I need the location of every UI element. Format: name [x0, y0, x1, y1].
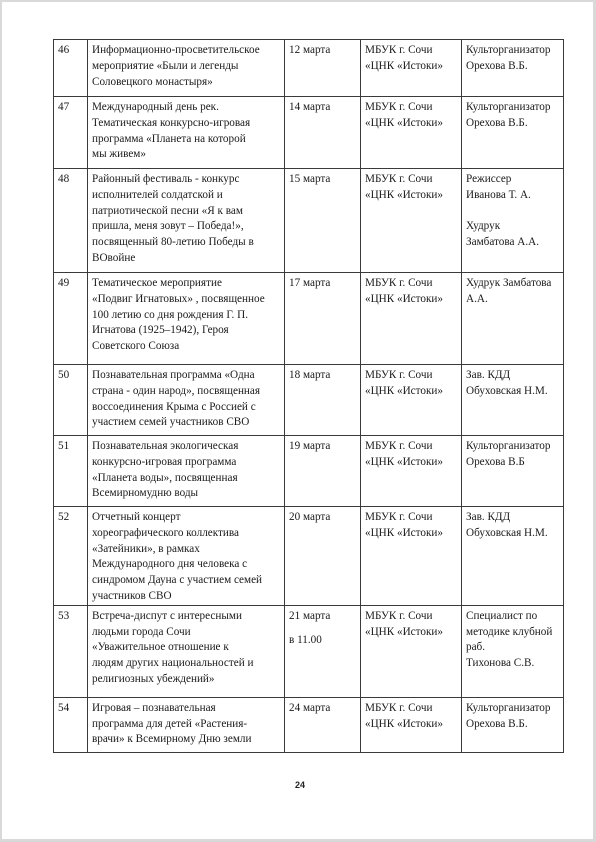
place-text-line: «ЦНК «Истоки»: [365, 526, 457, 542]
place-text-line: МБУК г. Сочи: [365, 510, 457, 526]
event-text-line: программа для детей «Растения-: [92, 717, 280, 733]
event-text-line: посвященный 80-летию Победы в: [92, 235, 280, 251]
place-text-line: МБУК г. Сочи: [365, 100, 457, 116]
responsible-cell: КульторганизаторОрехова В.Б.: [462, 697, 564, 752]
event-cell: Познавательная программа «Однастрана - о…: [88, 365, 285, 436]
responsible-text-line: Орехова В.Б.: [466, 717, 559, 733]
event-text-line: страна - один народ», посвященная: [92, 384, 280, 400]
event-text-line: программа «Планета на которой: [92, 132, 280, 148]
place-text-line: МБУК г. Сочи: [365, 276, 457, 292]
table-row: 53Встреча-диспут с интереснымилюдьми гор…: [54, 605, 564, 697]
responsible-text-line: Культорганизатор: [466, 439, 559, 455]
responsible-cell: Зав. КДДОбуховская Н.М.: [462, 507, 564, 606]
date-cell: 19 марта: [285, 436, 361, 507]
table-row: 47Международный день рек.Тематическая ко…: [54, 97, 564, 169]
place-cell: МБУК г. Сочи«ЦНК «Истоки»: [361, 365, 462, 436]
event-text-line: Тематическая конкурсно-игровая: [92, 116, 280, 132]
row-number-cell: 51: [54, 436, 88, 507]
responsible-cell: Специалист пометодике клубнойраб.Тихонов…: [462, 605, 564, 697]
row-number-cell: 48: [54, 169, 88, 273]
responsible-text-line: Зав. КДД: [466, 368, 559, 384]
event-text-line: участников СВО: [92, 589, 280, 605]
date-text-line: 12 марта: [289, 43, 356, 59]
event-text-line: Районный фестиваль - конкурс: [92, 172, 280, 188]
event-text-line: Игровая – познавательная: [92, 701, 280, 717]
event-text-line: патриотической песни «Я к вам: [92, 204, 280, 220]
place-text-line: МБУК г. Сочи: [365, 609, 457, 625]
page-number: 24: [2, 780, 596, 790]
place-cell: МБУК г. Сочи«ЦНК «Истоки»: [361, 169, 462, 273]
date-cell: 14 марта: [285, 97, 361, 169]
spacer: [289, 625, 356, 633]
responsible-cell: КульторганизаторОрехова В.Б.: [462, 40, 564, 97]
event-text-line: 100 летию со дня рождения Г. П.: [92, 308, 280, 324]
responsible-text-line: Худрук Замбатова: [466, 276, 559, 292]
event-text-line: Отчетный концерт: [92, 510, 280, 526]
table-row: 49Тематическое мероприятие«Подвиг Игнато…: [54, 273, 564, 365]
event-text-line: участием семей участников СВО: [92, 415, 280, 431]
event-text-line: Познавательная программа «Одна: [92, 368, 280, 384]
date-text-line: 14 марта: [289, 100, 356, 116]
event-text-line: «Подвиг Игнатовых» , посвященное: [92, 292, 280, 308]
date-text-line: 19 марта: [289, 439, 356, 455]
responsible-text-line: Культорганизатор: [466, 100, 559, 116]
event-cell: Информационно-просветительскоемероприяти…: [88, 40, 285, 97]
event-cell: Познавательная экологическаяконкурсно-иг…: [88, 436, 285, 507]
responsible-cell: КульторганизаторОрехова В.Б.: [462, 97, 564, 169]
table-row: 48Районный фестиваль - конкурсисполнител…: [54, 169, 564, 273]
responsible-text-line: Культорганизатор: [466, 43, 559, 59]
place-cell: МБУК г. Сочи«ЦНК «Истоки»: [361, 273, 462, 365]
table-row: 46Информационно-просветительскоемероприя…: [54, 40, 564, 97]
responsible-text-line: Орехова В.Б: [466, 455, 559, 471]
responsible-text-line: Обуховская Н.М.: [466, 526, 559, 542]
date-text-line: 17 марта: [289, 276, 356, 292]
place-cell: МБУК г. Сочи«ЦНК «Истоки»: [361, 40, 462, 97]
event-text-line: Информационно-просветительское: [92, 43, 280, 59]
event-cell: Игровая – познавательнаяпрограмма для де…: [88, 697, 285, 752]
responsible-text-line: методике клубной: [466, 625, 559, 641]
row-number-cell: 47: [54, 97, 88, 169]
place-cell: МБУК г. Сочи«ЦНК «Истоки»: [361, 97, 462, 169]
responsible-text-line: Зав. КДД: [466, 510, 559, 526]
event-text-line: Международного дня человека с: [92, 557, 280, 573]
event-text-line: ВОвойне: [92, 251, 280, 267]
table-row: 52Отчетный концертхореографического колл…: [54, 507, 564, 606]
row-number-cell: 46: [54, 40, 88, 97]
responsible-text-line: Орехова В.Б.: [466, 116, 559, 132]
event-text-line: людьми города Сочи: [92, 625, 280, 641]
responsible-text-line: А.А.: [466, 292, 559, 308]
place-cell: МБУК г. Сочи«ЦНК «Истоки»: [361, 605, 462, 697]
document-page: 46Информационно-просветительскоемероприя…: [2, 2, 593, 839]
event-text-line: Встреча-диспут с интересными: [92, 609, 280, 625]
date-text-line: в 11.00: [289, 633, 356, 649]
place-cell: МБУК г. Сочи«ЦНК «Истоки»: [361, 697, 462, 752]
event-text-line: врачи» к Всемирному Дню земли: [92, 732, 280, 748]
responsible-text-line: Замбатова А.А.: [466, 235, 559, 251]
place-text-line: МБУК г. Сочи: [365, 368, 457, 384]
place-text-line: «ЦНК «Истоки»: [365, 292, 457, 308]
responsible-text-line: Специалист по: [466, 609, 559, 625]
date-cell: 18 марта: [285, 365, 361, 436]
row-number-cell: 49: [54, 273, 88, 365]
event-text-line: религиозных убеждений»: [92, 672, 280, 688]
date-text-line: 20 марта: [289, 510, 356, 526]
event-text-line: «Планета воды», посвященная: [92, 471, 280, 487]
row-number-cell: 54: [54, 697, 88, 752]
events-table: 46Информационно-просветительскоемероприя…: [53, 39, 564, 753]
row-number-cell: 53: [54, 605, 88, 697]
date-text-line: 24 марта: [289, 701, 356, 717]
responsible-text-line: Культорганизатор: [466, 701, 559, 717]
date-cell: 20 марта: [285, 507, 361, 606]
event-text-line: Международный день рек.: [92, 100, 280, 116]
responsible-text-line: Худрук: [466, 219, 559, 235]
event-text-line: хореографического коллектива: [92, 526, 280, 542]
event-text-line: мы живем»: [92, 147, 280, 163]
event-cell: Международный день рек.Тематическая конк…: [88, 97, 285, 169]
place-text-line: «ЦНК «Истоки»: [365, 384, 457, 400]
responsible-cell: Зав. КДДОбуховская Н.М.: [462, 365, 564, 436]
event-text-line: синдромом Дауна с участием семей: [92, 573, 280, 589]
date-text-line: 18 марта: [289, 368, 356, 384]
event-text-line: Соловецкого монастыря»: [92, 75, 280, 91]
event-text-line: пришла, меня зовут – Победа!»,: [92, 219, 280, 235]
place-text-line: МБУК г. Сочи: [365, 172, 457, 188]
events-table-body: 46Информационно-просветительскоемероприя…: [54, 40, 564, 753]
date-cell: 12 марта: [285, 40, 361, 97]
event-text-line: исполнителей солдатской и: [92, 188, 280, 204]
event-text-line: Всемирномудню воды: [92, 486, 280, 502]
event-text-line: конкурсно-игровая программа: [92, 455, 280, 471]
place-text-line: «ЦНК «Истоки»: [365, 116, 457, 132]
responsible-cell: Худрук ЗамбатоваА.А.: [462, 273, 564, 365]
date-cell: 21 мартав 11.00: [285, 605, 361, 697]
date-text-line: 15 марта: [289, 172, 356, 188]
date-cell: 17 марта: [285, 273, 361, 365]
event-cell: Районный фестиваль - конкурсисполнителей…: [88, 169, 285, 273]
place-text-line: «ЦНК «Истоки»: [365, 455, 457, 471]
responsible-cell: КульторганизаторОрехова В.Б: [462, 436, 564, 507]
responsible-text-line: раб.: [466, 640, 559, 656]
row-number-cell: 50: [54, 365, 88, 436]
event-text-line: воссоединения Крыма с Россией с: [92, 400, 280, 416]
responsible-text-line: Режиссер: [466, 172, 559, 188]
date-cell: 24 марта: [285, 697, 361, 752]
responsible-text-line: Орехова В.Б.: [466, 59, 559, 75]
event-text-line: людям других национальностей и: [92, 656, 280, 672]
place-text-line: «ЦНК «Истоки»: [365, 188, 457, 204]
event-text-line: «Уважительное отношение к: [92, 640, 280, 656]
row-number-cell: 52: [54, 507, 88, 606]
responsible-cell: РежиссерИванова Т. А.ХудрукЗамбатова А.А…: [462, 169, 564, 273]
event-text-line: «Затейники», в рамках: [92, 542, 280, 558]
place-cell: МБУК г. Сочи«ЦНК «Истоки»: [361, 507, 462, 606]
event-text-line: Познавательная экологическая: [92, 439, 280, 455]
responsible-text-line: Иванова Т. А.: [466, 188, 559, 204]
event-text-line: мероприятие «Были и легенды: [92, 59, 280, 75]
date-cell: 15 марта: [285, 169, 361, 273]
table-row: 54Игровая – познавательнаяпрограмма для …: [54, 697, 564, 752]
place-text-line: МБУК г. Сочи: [365, 43, 457, 59]
event-text-line: Советского Союза: [92, 339, 280, 355]
responsible-text-line: [466, 204, 559, 220]
date-text-line: 21 марта: [289, 609, 356, 625]
place-text-line: МБУК г. Сочи: [365, 701, 457, 717]
place-text-line: «ЦНК «Истоки»: [365, 717, 457, 733]
responsible-text-line: Обуховская Н.М.: [466, 384, 559, 400]
event-text-line: Игнатова (1925–1942), Героя: [92, 323, 280, 339]
responsible-text-line: Тихонова С.В.: [466, 656, 559, 672]
place-text-line: «ЦНК «Истоки»: [365, 59, 457, 75]
place-text-line: «ЦНК «Истоки»: [365, 625, 457, 641]
place-cell: МБУК г. Сочи«ЦНК «Истоки»: [361, 436, 462, 507]
table-row: 51Познавательная экологическаяконкурсно-…: [54, 436, 564, 507]
event-cell: Тематическое мероприятие«Подвиг Игнатовы…: [88, 273, 285, 365]
event-cell: Встреча-диспут с интереснымилюдьми город…: [88, 605, 285, 697]
event-cell: Отчетный концертхореографического коллек…: [88, 507, 285, 606]
place-text-line: МБУК г. Сочи: [365, 439, 457, 455]
event-text-line: Тематическое мероприятие: [92, 276, 280, 292]
table-row: 50Познавательная программа «Однастрана -…: [54, 365, 564, 436]
